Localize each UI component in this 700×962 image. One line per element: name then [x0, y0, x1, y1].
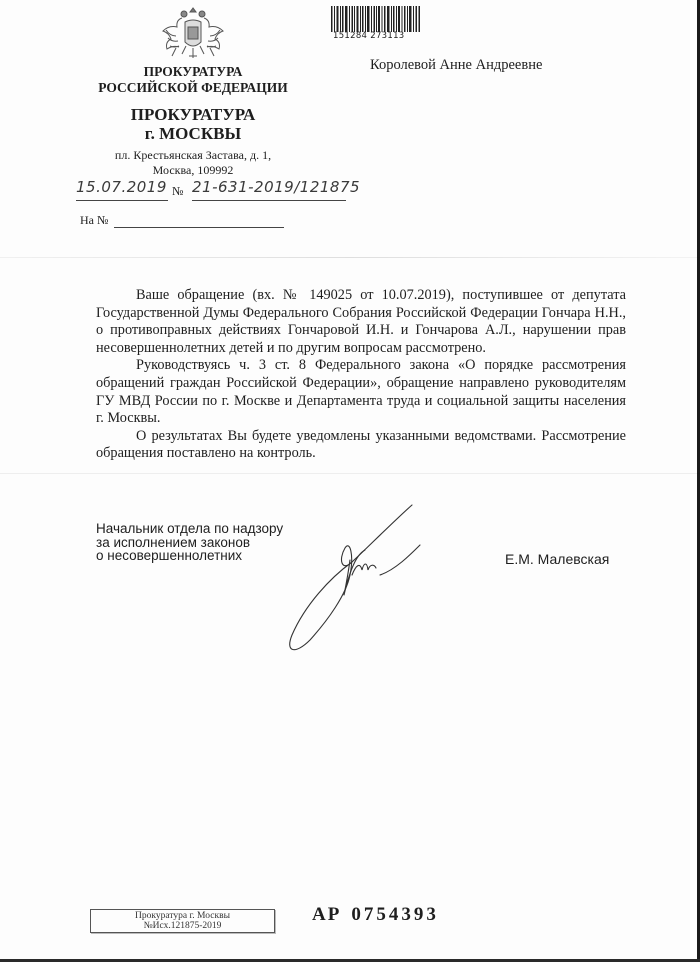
stamp-line-1: Прокуратура г. Москвы	[91, 911, 274, 921]
letterhead-dept: ПРОКУРАТУРА г. МОСКВЫ	[60, 105, 326, 143]
signer-title-line-2: за исполнением законов	[96, 536, 283, 550]
signer-title-line-1: Начальник отдела по надзору	[96, 522, 283, 536]
barcode-icon	[331, 6, 421, 32]
body-paragraph: О результатах Вы будете уведомлены указа…	[96, 428, 626, 463]
paper-fold-line	[0, 257, 700, 258]
signer-name: Е.М. Малевская	[505, 551, 609, 567]
signer-title: Начальник отдела по надзору за исполнени…	[96, 522, 283, 563]
serial-number: 0754393	[351, 904, 439, 925]
serial-prefix: АР	[312, 904, 341, 925]
letterhead-address: пл. Крестьянская Застава, д. 1, Москва, …	[60, 148, 326, 178]
outgoing-registration-stamp: Прокуратура г. Москвы №Исх.121875-2019	[90, 909, 275, 933]
dept-line-2: г. МОСКВЫ	[60, 124, 326, 143]
paper-fold-line	[0, 473, 700, 474]
org-line-2: РОССИЙСКОЙ ФЕДЕРАЦИИ	[60, 80, 326, 96]
org-line-1: ПРОКУРАТУРА	[60, 64, 326, 80]
reply-to-blank-line	[114, 227, 284, 228]
double-headed-eagle-emblem-icon	[160, 4, 226, 64]
stamp-line-2: №Исх.121875-2019	[91, 921, 274, 931]
dept-line-1: ПРОКУРАТУРА	[60, 105, 326, 124]
registration-line: 15.07.2019 № 21-631-2019/121875	[76, 178, 376, 202]
handwritten-date: 15.07.2019	[76, 178, 168, 201]
handwritten-signature	[270, 500, 430, 660]
letterhead-org: ПРОКУРАТУРА РОССИЙСКОЙ ФЕДЕРАЦИИ	[60, 64, 326, 96]
handwritten-outgoing-number: 21-631-2019/121875	[192, 178, 346, 201]
body-paragraph: Руководствуясь ч. 3 ст. 8 Федерального з…	[96, 357, 626, 427]
barcode-number: 151284 273113	[333, 31, 405, 41]
number-label: №	[172, 184, 183, 199]
body-paragraph: Ваше обращение (вх. № 149025 от 10.07.20…	[96, 287, 626, 357]
form-serial-number: АР0754393	[312, 904, 439, 926]
address-line-1: пл. Крестьянская Застава, д. 1,	[60, 148, 326, 163]
reply-to-label: На №	[80, 213, 108, 228]
signer-title-line-3: о несовершеннолетних	[96, 549, 283, 563]
recipient-name: Королевой Анне Андреевне	[370, 57, 542, 74]
letter-body: Ваше обращение (вх. № 149025 от 10.07.20…	[96, 287, 626, 463]
address-line-2: Москва, 109992	[60, 163, 326, 178]
